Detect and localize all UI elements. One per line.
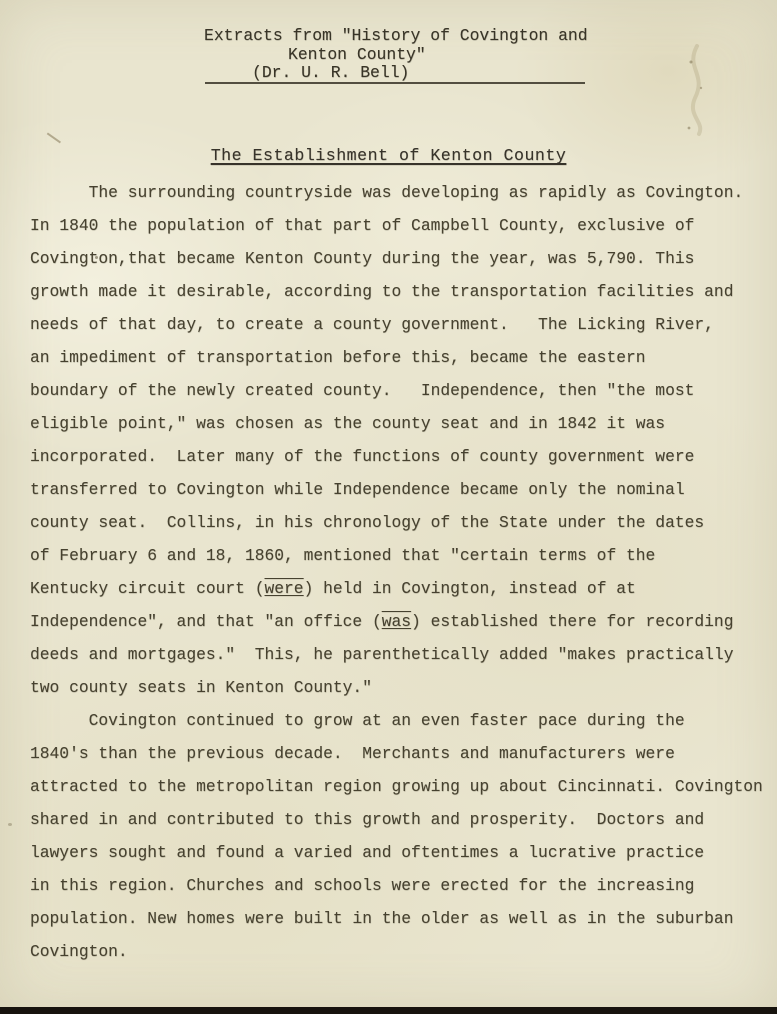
text-line: of February 6 and 18, 1860, mentioned th… <box>30 539 777 572</box>
text-line: attracted to the metropolitan region gro… <box>30 770 777 803</box>
section-heading: The Establishment of Kenton County <box>0 146 777 165</box>
text-line: population. New homes were built in the … <box>30 902 777 935</box>
text-line: lawyers sought and found a varied and of… <box>30 836 777 869</box>
paragraph-1: The surrounding countryside was developi… <box>30 176 777 704</box>
ink-smudge-mark <box>655 40 735 140</box>
text-line: In 1840 the population of that part of C… <box>30 209 777 242</box>
pencil-mark <box>47 133 61 143</box>
header-title-line-2: Kenton County" <box>288 46 426 65</box>
text-line: county seat. Collins, in his chronology … <box>30 506 777 539</box>
text-line: incorporated. Later many of the function… <box>30 440 777 473</box>
text-line: The surrounding countryside was developi… <box>30 176 777 209</box>
header-underline <box>205 82 585 84</box>
paragraph-2: Covington continued to grow at an even f… <box>30 704 777 968</box>
text-line: Covington. <box>30 935 777 968</box>
document-body: The surrounding countryside was developi… <box>30 176 777 968</box>
paper-speck <box>95 256 98 259</box>
paper-speck <box>8 823 12 826</box>
text-line: Independence", and that "an office (was)… <box>30 605 777 638</box>
document-page: Extracts from "History of Covington and … <box>0 0 777 1014</box>
text-line: needs of that day, to create a county go… <box>30 308 777 341</box>
text-line: Covington,that became Kenton County duri… <box>30 242 777 275</box>
header-author-line: (Dr. U. R. Bell) <box>252 64 409 83</box>
text-line: 1840's than the previous decade. Merchan… <box>30 737 777 770</box>
text-line: shared in and contributed to this growth… <box>30 803 777 836</box>
scan-edge-bar <box>0 1007 777 1014</box>
text-line: in this region. Churches and schools wer… <box>30 869 777 902</box>
text-line: Kentucky circuit court (were) held in Co… <box>30 572 777 605</box>
header-title-line-1: Extracts from "History of Covington and <box>204 27 588 46</box>
text-line: Covington continued to grow at an even f… <box>30 704 777 737</box>
text-line: deeds and mortgages." This, he parenthet… <box>30 638 777 671</box>
text-line: two county seats in Kenton County." <box>30 671 777 704</box>
text-line: eligible point," was chosen as the count… <box>30 407 777 440</box>
text-line: boundary of the newly created county. In… <box>30 374 777 407</box>
text-line: an impediment of transportation before t… <box>30 341 777 374</box>
text-line: transferred to Covington while Independe… <box>30 473 777 506</box>
text-line: growth made it desirable, according to t… <box>30 275 777 308</box>
